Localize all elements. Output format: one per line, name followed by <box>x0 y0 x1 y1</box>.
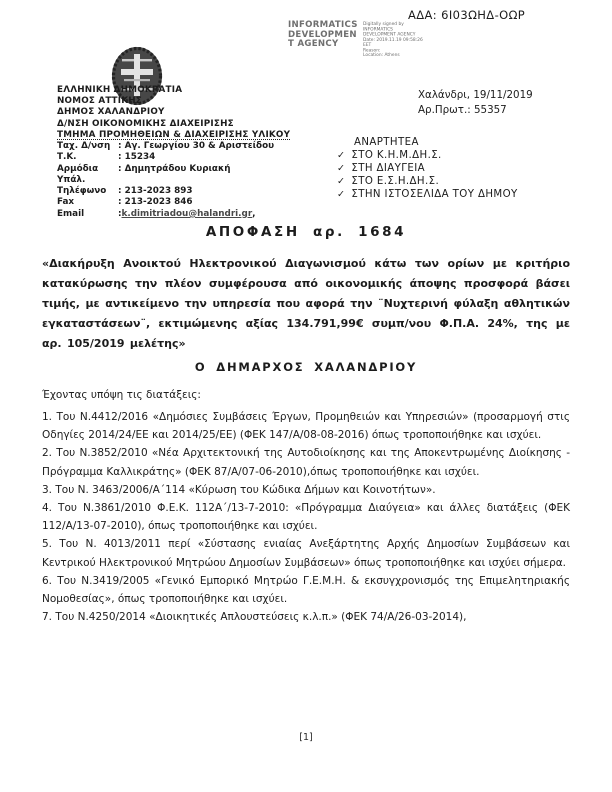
check-icon: ✓ <box>337 162 345 175</box>
law-item-2: 2. Του Ν.3852/2010 «Νέα Αρχιτεκτονική τη… <box>42 444 570 480</box>
law-item-1: 1. Του Ν.4412/2016 «Δημόσιες Συμβάσεις Έ… <box>42 408 570 444</box>
contact-label: Τ.Κ. <box>57 152 118 163</box>
contact-row-fax: Fax : 213-2023 846 <box>57 197 274 208</box>
document-body: ΑΠΟΦΑΣΗ αρ. 1684 «Διακήρυξη Ανοικτού Ηλε… <box>42 224 570 626</box>
stamp-agency-name: INFORMATICS DEVELOPMEN T AGENCY <box>288 21 358 88</box>
contact-row-phone: Τηλέφωνο : 213-2023 893 <box>57 186 274 197</box>
org-line-prefecture: ΝΟΜΟΣ ΑΤΤΙΚΗΣ <box>57 96 290 107</box>
check-icon: ✓ <box>337 149 345 162</box>
contact-row-postcode: Τ.Κ. : 15234 <box>57 152 274 163</box>
page-number: [1] <box>0 732 612 743</box>
publication-item-label: ΣΤΟ Ε.Σ.Η.ΔΗ.Σ. <box>351 175 439 188</box>
email-suffix: , <box>252 209 255 220</box>
contact-label: Αρμόδια Υπάλ. <box>57 164 118 187</box>
publication-item-diavgeia: ✓ ΣΤΗ ΔΙΑΥΓΕΙΑ <box>337 162 518 175</box>
contact-label: Τηλέφωνο <box>57 186 118 197</box>
contact-label: Email <box>57 209 118 220</box>
contact-value: : 213-2023 893 <box>118 186 193 197</box>
decision-subject: «Διακήρυξη Ανοικτού Ηλεκτρονικού Διαγωνι… <box>42 254 570 354</box>
check-icon: ✓ <box>337 188 345 201</box>
digital-signature-stamp: INFORMATICS DEVELOPMEN T AGENCY Digitall… <box>288 21 493 88</box>
publication-checklist: ΑΝΑΡΤΗΤΕΑ ✓ ΣΤΟ Κ.Η.Μ.ΔΗ.Σ. ✓ ΣΤΗ ΔΙΑΥΓΕ… <box>337 136 518 201</box>
contact-value: : Αγ. Γεωργίου 30 & Αριστείδου <box>118 141 274 152</box>
org-line-directorate: Δ/ΝΣΗ ΟΙΚΟΝΟΜΙΚΗΣ ΔΙΑΧΕΙΡΙΣΗΣ <box>57 119 290 130</box>
mayor-heading: Ο ΔΗΜΑΡΧΟΣ ΧΑΛΑΝΔΡΙΟΥ <box>42 360 570 374</box>
preamble: Έχοντας υπόψη τις διατάξεις: <box>42 386 570 404</box>
org-line-republic: ΕΛΛΗΝΙΚΗ ΔΗΜΟΚΡΑΤΙΑ <box>57 85 290 96</box>
organisation-block: ΕΛΛΗΝΙΚΗ ΔΗΜΟΚΡΑΤΙΑ ΝΟΜΟΣ ΑΤΤΙΚΗΣ ΔΗΜΟΣ … <box>57 85 290 141</box>
publication-item-kimdis: ✓ ΣΤΟ Κ.Η.Μ.ΔΗ.Σ. <box>337 149 518 162</box>
contact-value: : Δημητράδου Κυριακή <box>118 164 230 187</box>
contact-row-email: Email : k.dimitriadou@halandri.gr , <box>57 209 274 220</box>
protocol-number: Αρ.Πρωτ.: 55357 <box>418 103 533 118</box>
law-item-6: 6. Του Ν.3419/2005 «Γενικό Εμπορικό Μητρ… <box>42 572 570 608</box>
publication-item-label: ΣΤΗΝ ΙΣΤΟΣΕΛΙΔΑ ΤΟΥ ΔΗΜΟΥ <box>351 188 517 201</box>
publication-item-esidis: ✓ ΣΤΟ Ε.Σ.Η.ΔΗ.Σ. <box>337 175 518 188</box>
publication-item-label: ΣΤΗ ΔΙΑΥΓΕΙΑ <box>351 162 425 175</box>
decision-title: ΑΠΟΦΑΣΗ αρ. 1684 <box>42 224 570 240</box>
contact-row-address: Ταχ. Δ/νση : Αγ. Γεωργίου 30 & Αριστείδο… <box>57 141 274 152</box>
place-date: Χαλάνδρι, 19/11/2019 <box>418 88 533 103</box>
contact-value: : 213-2023 846 <box>118 197 193 208</box>
law-item-4: 4. Του Ν.3861/2010 Φ.Ε.Κ. 112Α΄/13-7-201… <box>42 499 570 535</box>
stamp-signature-details: Digitally signed by INFORMATICS DEVELOPM… <box>363 21 435 58</box>
publication-item-label: ΣΤΟ Κ.Η.Μ.ΔΗ.Σ. <box>351 149 441 162</box>
law-item-7: 7. Του Ν.4250/2014 «Διοικητικές Απλουστε… <box>42 608 570 626</box>
document-page: ΑΔΑ: 6Ι03ΩΗΔ-ΟΩΡ INFORMATICS DEVELOPMEN … <box>0 0 612 792</box>
publication-checklist-title: ΑΝΑΡΤΗΤΕΑ <box>354 136 518 149</box>
stamp-agency-line: T AGENCY <box>288 40 358 50</box>
org-line-department: ΤΜΗΜΑ ΠΡΟΜΗΘΕΙΩΝ & ΔΙΑΧΕΙΡΙΣΗΣ ΥΛΙΚΟΥ <box>57 130 290 141</box>
law-item-5: 5. Του Ν. 4013/2011 περί «Σύστασης ενιαί… <box>42 535 570 571</box>
email-link[interactable]: k.dimitriadou@halandri.gr <box>122 209 253 220</box>
ada-code: ΑΔΑ: 6Ι03ΩΗΔ-ΟΩΡ <box>408 8 525 22</box>
contact-details: Ταχ. Δ/νση : Αγ. Γεωργίου 30 & Αριστείδο… <box>57 141 274 220</box>
contact-label: Ταχ. Δ/νση <box>57 141 118 152</box>
contact-label: Fax <box>57 197 118 208</box>
law-item-3: 3. Του Ν. 3463/2006/Α΄114 «Κύρωση του Κώ… <box>42 481 570 499</box>
check-icon: ✓ <box>337 175 345 188</box>
date-protocol-block: Χαλάνδρι, 19/11/2019 Αρ.Πρωτ.: 55357 <box>418 88 533 117</box>
contact-value: : 15234 <box>118 152 155 163</box>
org-line-municipality: ΔΗΜΟΣ ΧΑΛΑΝΔΡΙΟΥ <box>57 107 290 118</box>
publication-item-website: ✓ ΣΤΗΝ ΙΣΤΟΣΕΛΙΔΑ ΤΟΥ ΔΗΜΟΥ <box>337 188 518 201</box>
signature-detail-line: Location: Athens <box>363 52 435 57</box>
contact-row-officer: Αρμόδια Υπάλ. : Δημητράδου Κυριακή <box>57 164 274 187</box>
